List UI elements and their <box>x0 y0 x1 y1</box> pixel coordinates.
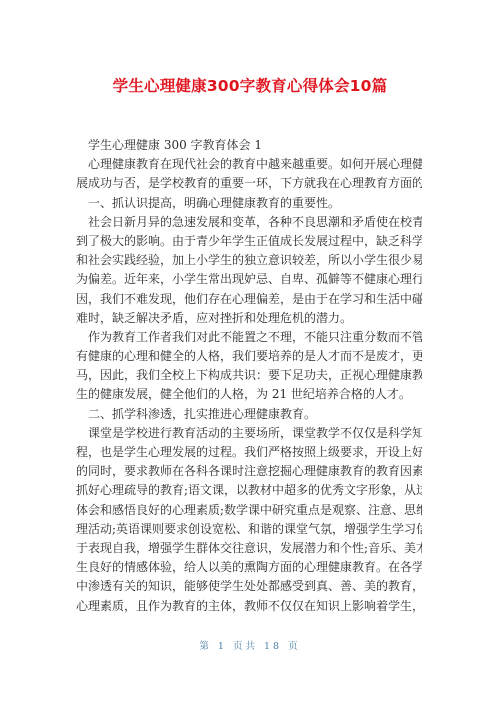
text-line: 程，也是学生心理发展的过程。我们严格按照上级要求，开设上好心理健康课 <box>76 443 422 462</box>
document-body: 学生心理健康 300 字教育体会 1心理健康教育在现代社会的教育中越来越重要。如… <box>76 136 422 616</box>
text-line: 理活动;英语课则要求创设宽松、和谐的课堂气氛，增强学生学习信心，使之敢 <box>76 520 422 539</box>
text-line: 社会日新月异的急速发展和变革，各种不良思潮和矛盾使在校青少年学生受 <box>76 213 422 232</box>
text-line: 的同时，要求教师在各科各课时注意挖掘心理健康教育的教育因素。思品课， <box>76 462 422 481</box>
text-line: 难时，缺乏解决矛盾，应对挫折和处理危机的潜力。 <box>76 309 422 328</box>
text-line: 体会和感悟良好的心理素质;数学课中研究重点是观察、注意、思维、记忆等心 <box>76 501 422 520</box>
text-line: 因，我们不难发现，他们存在心理偏差，是由于在学习和生活中碰到问题和困 <box>76 290 422 309</box>
text-line: 学生心理健康 300 字教育体会 1 <box>76 136 422 155</box>
text-line: 中渗透有关的知识，能够使学生处处都感受到真、善、美的教育，提高自身的 <box>76 577 422 596</box>
text-line: 展成功与否，是学校教育的重要一环，下方就我在心理教育方面的几点心得： <box>76 174 422 193</box>
page-footer: 第 1 页共 18 页 <box>0 638 500 652</box>
text-line: 二、抓学科渗透，扎实推进心理健康教育。 <box>76 405 422 424</box>
text-line: 作为教育工作者我们对此不能置之不理，不能只注重分数而不管学生是否具 <box>76 328 422 347</box>
text-line: 于表现自我，增强学生群体交往意识，发展潜力和个性;音乐、美术等以培养学 <box>76 539 422 558</box>
text-line: 生良好的情感体验，给人以美的熏陶方面的心理健康教育。在各学科教学过程 <box>76 558 422 577</box>
text-line: 马，因此，我们全校上下构成共识：要下足功夫，正视心理健康教育，促使学 <box>76 366 422 385</box>
document-title: 学生心理健康300字教育心得体会10篇 <box>0 74 500 96</box>
text-line: 心理素质，且作为教育的主体，教师不仅仅在知识上影响着学生，而且教师的 <box>76 597 422 616</box>
text-line: 心理健康教育在现代社会的教育中越来越重要。如何开展心理健康教育，开 <box>76 155 422 174</box>
text-line: 一、抓认识提高，明确心理健康教育的重要性。 <box>76 194 422 213</box>
text-line: 课堂是学校进行教育活动的主要场所，课堂教学不仅仅是科学知识传授的过 <box>76 424 422 443</box>
text-line: 抓好心理疏导的教育;语文课，以教材中超多的优秀文字形象，从这些人物身上 <box>76 481 422 500</box>
text-line: 有健康的心理和健全的人格，我们要培养的是人才而不是废才，更不是害群之 <box>76 347 422 366</box>
text-line: 生的健康发展，健全他们的人格，为 21 世纪培养合格的人才。 <box>76 385 422 404</box>
text-line: 为偏差。近年来，小学生常出现妒忌、自卑、孤僻等不健康心理行为，究其原 <box>76 270 422 289</box>
text-line: 到了极大的影响。由于青少年学生正值成长发展过程中，缺乏科学的辨别潜力 <box>76 232 422 251</box>
text-line: 和社会实践经验，加上小学生的独立意识较差，所以小学生很少易发生心理行 <box>76 251 422 270</box>
